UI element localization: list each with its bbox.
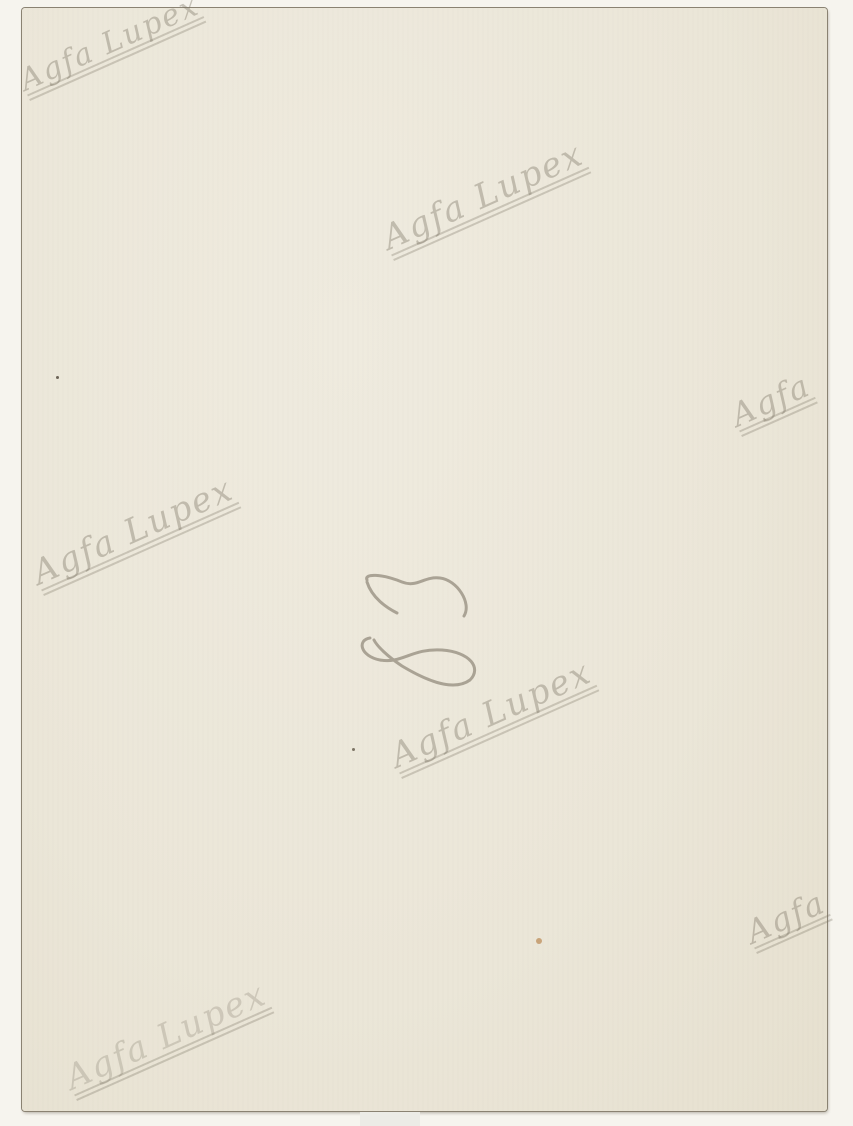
watermark-right-lower: Agfa (740, 883, 832, 954)
pencil-mark (352, 568, 492, 698)
watermark-text: Agfa Lupex (15, 0, 205, 98)
watermark-top-left: Agfa Lupex (15, 0, 206, 101)
watermark-text: Agfa Lupex (27, 469, 240, 593)
stain-spot (536, 938, 542, 944)
dust-speck (352, 748, 355, 751)
scan-background-scrap (360, 1112, 420, 1126)
dust-speck (56, 376, 59, 379)
watermark-text: Agfa Lupex (60, 974, 273, 1098)
watermark-right-upper: Agfa (725, 366, 817, 437)
watermark-text: Agfa Lupex (377, 134, 590, 258)
watermark-upper-center: Agfa Lupex (377, 134, 591, 261)
watermark-bottom-left: Agfa Lupex (60, 974, 274, 1101)
photo-back-paper: Agfa Lupex Agfa Lupex Agfa Agfa Lupex Ag… (22, 8, 827, 1111)
watermark-left-middle: Agfa Lupex (27, 469, 241, 596)
